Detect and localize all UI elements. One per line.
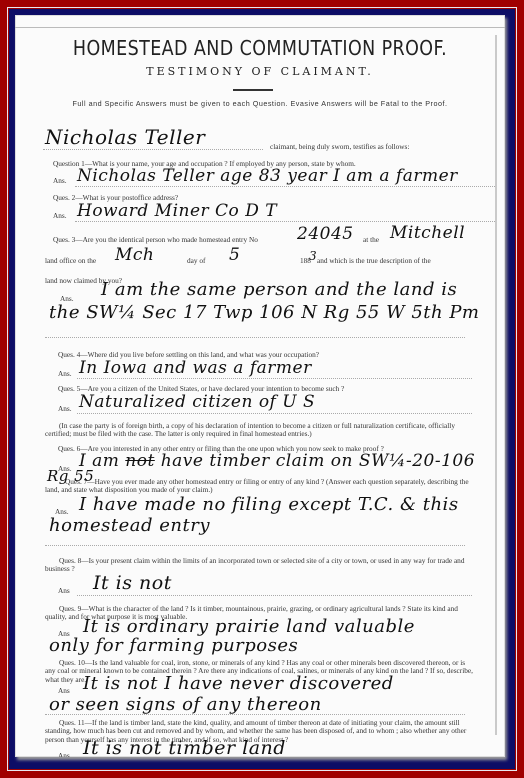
document-subtitle: TESTIMONY OF CLAIMANT.	[15, 65, 505, 78]
question-3: Ques. 3—Are you the identical person who…	[53, 236, 258, 244]
naturalization-note: (In case the party is of foreign birth, …	[45, 422, 475, 439]
document-title: HOMESTEAD AND COMMUTATION PROOF.	[15, 38, 505, 61]
instructions-text: Full and Specific Answers must be given …	[45, 99, 475, 108]
answer-3-line-2: the SW¼ Sec 17 Twp 106 N Rg 55 W 5th Pm	[49, 302, 480, 323]
answer-5-label: Ans.	[58, 405, 72, 413]
day-of-text: day of	[187, 257, 205, 265]
question-7: Ques. 7—Have you ever made any other hom…	[45, 478, 475, 495]
answer-3-line-1: I am the same person and the land is	[101, 279, 457, 300]
answer-6-post: have timber claim on SW¼-20-106	[155, 451, 475, 471]
answer-10-line	[45, 714, 465, 715]
answer-5: Naturalized citizen of U S	[79, 392, 315, 412]
answer-3-line	[45, 337, 465, 338]
at-the-text: at the	[363, 236, 379, 244]
answer-2-label: Ans.	[53, 212, 67, 220]
page-top-rule	[15, 27, 505, 28]
answer-1-line	[75, 186, 495, 187]
answer-7-line-1: I have made no filing except T.C. & this	[79, 494, 459, 515]
answer-4-line	[77, 378, 472, 379]
answer-7-line	[45, 545, 465, 546]
answer-1: Nicholas Teller age 83 year I am a farme…	[77, 166, 458, 186]
answer-10-line-1: It is not I have never discovered	[83, 673, 394, 694]
entry-month: 5	[229, 245, 240, 265]
document-page: HOMESTEAD AND COMMUTATION PROOF. TESTIMO…	[15, 15, 505, 757]
answer-7-line-2: homestead entry	[49, 515, 210, 536]
answer-4: In Iowa and was a farmer	[79, 358, 312, 378]
answer-1-label: Ans.	[53, 177, 67, 185]
page-edge-shadow	[495, 35, 497, 735]
answer-8: It is not	[93, 572, 172, 594]
title-divider	[233, 89, 273, 91]
answer-8-label: Ans	[58, 587, 70, 595]
sworn-text: claimant, being duly sworn, testifies as…	[270, 143, 409, 151]
answer-6-struck: not	[125, 451, 155, 471]
answer-5-line	[77, 413, 472, 414]
land-office-name: Mitchell	[390, 223, 465, 243]
claimant-line	[43, 149, 263, 150]
answer-11-label: Ans	[58, 752, 70, 757]
claimant-name: Nicholas Teller	[45, 125, 205, 149]
answer-11: It is not timber land	[83, 737, 286, 757]
answer-9-line-2: only for farming purposes	[49, 635, 298, 656]
answer-2-line	[75, 221, 495, 222]
entry-day: Mch	[115, 245, 154, 265]
answer-10-line-2: or seen signs of any thereon	[49, 694, 322, 715]
entry-year: 3	[309, 249, 317, 263]
answer-4-label: Ans.	[58, 370, 72, 378]
answer-8-line	[77, 595, 472, 596]
entry-number: 24045	[297, 224, 354, 244]
answer-2: Howard Miner Co D T	[77, 201, 277, 221]
answer-9-line-1: It is ordinary prairie land valuable	[83, 616, 415, 637]
answer-6: I am not have timber claim on SW¼-20-106	[79, 451, 475, 471]
land-office-on-text: land office on the	[45, 257, 96, 265]
question-3-cont: and which is the true description of the	[317, 257, 431, 265]
